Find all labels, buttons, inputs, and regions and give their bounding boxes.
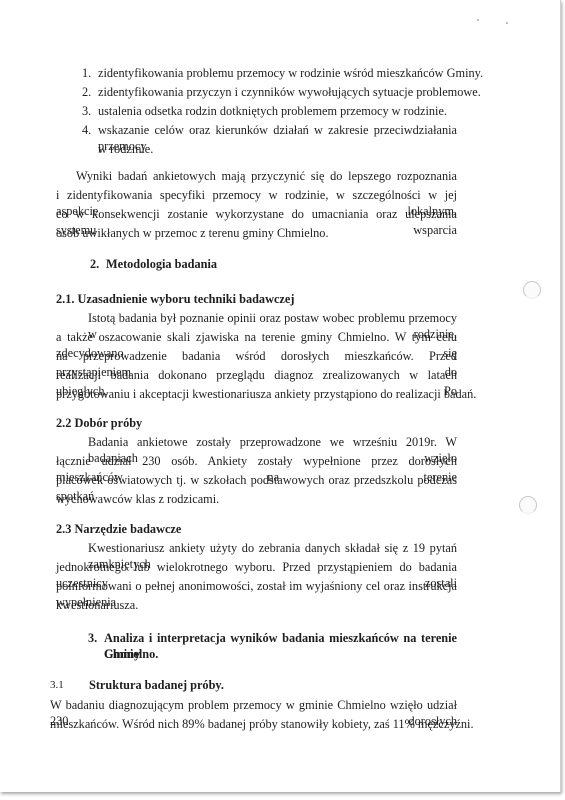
scan-speck bbox=[506, 22, 508, 24]
document-page: 1. zidentyfikowania problemu przemocy w … bbox=[0, 0, 561, 792]
section-title: Metodologia badania bbox=[106, 256, 217, 272]
subsection-heading-2-3: 2.3 Narzędzie badawcze bbox=[56, 521, 181, 537]
list-text: zidentyfikowania problemu przemocy w rod… bbox=[98, 65, 483, 81]
paragraph-line: przygotowaniu i akceptacji kwestionarius… bbox=[56, 386, 476, 402]
list-number: 2. bbox=[82, 84, 91, 100]
punch-hole-top bbox=[523, 281, 541, 299]
section-heading-3: 3. bbox=[88, 630, 97, 646]
scan-speck bbox=[477, 19, 479, 21]
paragraph-line: kwestionariusza. bbox=[56, 597, 138, 613]
paragraph-line: Wyniki badań ankietowych mają przyczynić… bbox=[76, 168, 457, 184]
section-heading-2: 2. Metodologia badania bbox=[90, 256, 99, 272]
paragraph-line: wychowawców klas z rodzicami. bbox=[56, 491, 219, 507]
list-number: 3. bbox=[82, 103, 91, 119]
section-title-continuation: Chmielno. bbox=[104, 646, 158, 662]
paragraph-line: osób uwikłanych w przemoc z terenu gminy… bbox=[56, 225, 329, 241]
subsection-heading-2-2: 2.2 Dobór próby bbox=[56, 415, 142, 431]
section-number: 2. bbox=[90, 257, 99, 271]
subsection-heading-3-1: Struktura badanej próby. bbox=[89, 677, 224, 693]
list-text-continuation: w rodzinie. bbox=[98, 141, 153, 157]
subsection-heading-2-1: 2.1. Uzasadnienie wyboru techniki badawc… bbox=[56, 291, 294, 307]
subsection-number: 3.1 bbox=[50, 677, 64, 693]
paragraph-line: mieszkańców. Wśród nich 89% badanej prób… bbox=[50, 716, 474, 732]
punch-hole-bottom bbox=[519, 496, 537, 514]
list-text: zidentyfikowania przyczyn i czynników wy… bbox=[98, 84, 481, 100]
section-number: 3. bbox=[88, 631, 97, 645]
list-number: 1. bbox=[82, 65, 91, 81]
list-number: 4. bbox=[82, 122, 91, 138]
list-text: ustalenia odsetka rodzin dotkniętych pro… bbox=[98, 103, 447, 119]
